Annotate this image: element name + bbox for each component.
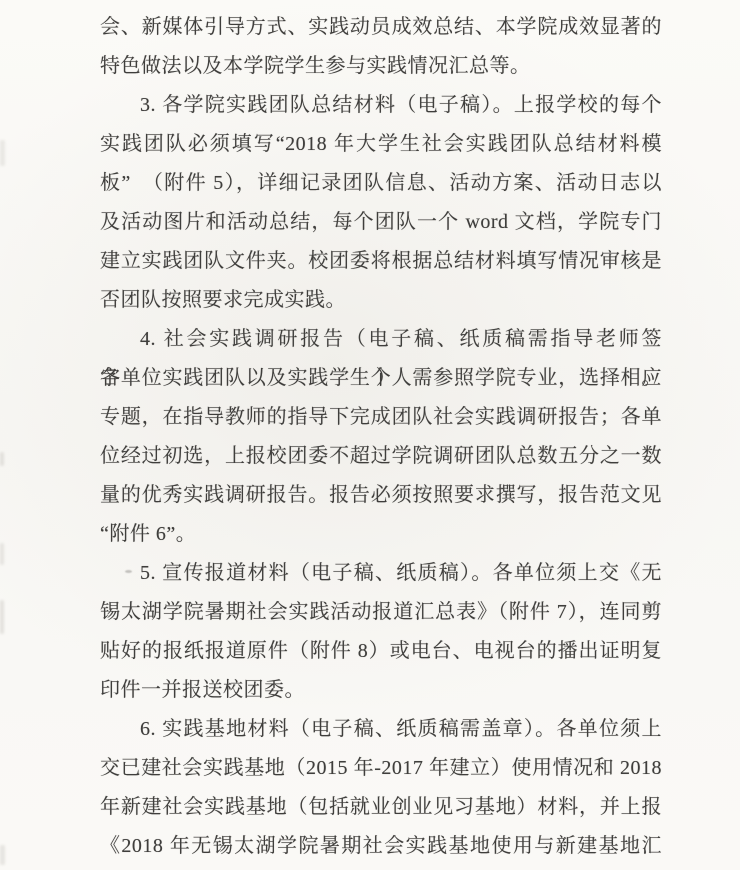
text-line: 板” （附件 5），详细记录团队信息、活动方案、活动日志以 [100,164,662,203]
text-line: 4. 社会实践调研报告（电子稿、纸质稿需指导老师签字）。 [100,320,662,359]
text-line: 交已建社会实践基地（2015 年-2017 年建立）使用情况和 2018 [100,749,662,788]
text-line: 量的优秀实践调研报告。报告必须按照要求撰写，报告范文见 [100,476,662,515]
text-line: 3. 各学院实践团队总结材料（电子稿）。上报学校的每个 [100,86,662,125]
text-line: 位经过初选，上报校团委不超过学院调研团队总数五分之一数 [100,437,662,476]
scan-edge-artifact [0,140,5,166]
text-line: 特色做法以及本学院学生参与实践情况汇总等。 [100,47,662,86]
scan-stray-mark [125,570,132,573]
text-line: 贴好的报纸报道原件（附件 8）或电台、电视台的播出证明复 [100,632,662,671]
text-line: 各单位实践团队以及实践学生个人需参照学院专业，选择相应 [100,359,662,398]
text-line: 6. 实践基地材料（电子稿、纸质稿需盖章）。各单位须上 [100,710,662,749]
text-line: 会、新媒体引导方式、实践动员成效总结、本学院成效显著的 [100,8,662,47]
scanned-document-page: 会、新媒体引导方式、实践动员成效总结、本学院成效显著的特色做法以及本学院学生参与… [0,0,740,870]
scan-edge-artifact [0,543,4,565]
text-line: “附件 6”。 [100,515,662,554]
scan-edge-artifact [0,845,5,865]
text-line: 5. 宣传报道材料（电子稿、纸质稿）。各单位须上交《无 [100,554,662,593]
text-line: 《2018 年无锡太湖学院暑期社会实践基地使用与新建基地汇 [100,827,662,866]
text-line: 年新建社会实践基地（包括就业创业见习基地）材料，并上报 [100,788,662,827]
text-line: 实践团队必须填写“2018 年大学生社会实践团队总结材料模 [100,125,662,164]
text-line: 印件一并报送校团委。 [100,671,662,710]
scan-edge-artifact [0,600,4,634]
text-line: 专题，在指导教师的指导下完成团队社会实践调研报告；各单 [100,398,662,437]
text-line: 锡太湖学院暑期社会实践活动报道汇总表》（附件 7），连同剪 [100,593,662,632]
text-line: 否团队按照要求完成实践。 [100,281,662,320]
text-line: 建立实践团队文件夹。校团委将根据总结材料填写情况审核是 [100,242,662,281]
scan-edge-artifact [0,452,4,466]
text-line: 及活动图片和活动总结，每个团队一个 word 文档，学院专门 [100,203,662,242]
document-text: 会、新媒体引导方式、实践动员成效总结、本学院成效显著的特色做法以及本学院学生参与… [100,8,662,866]
